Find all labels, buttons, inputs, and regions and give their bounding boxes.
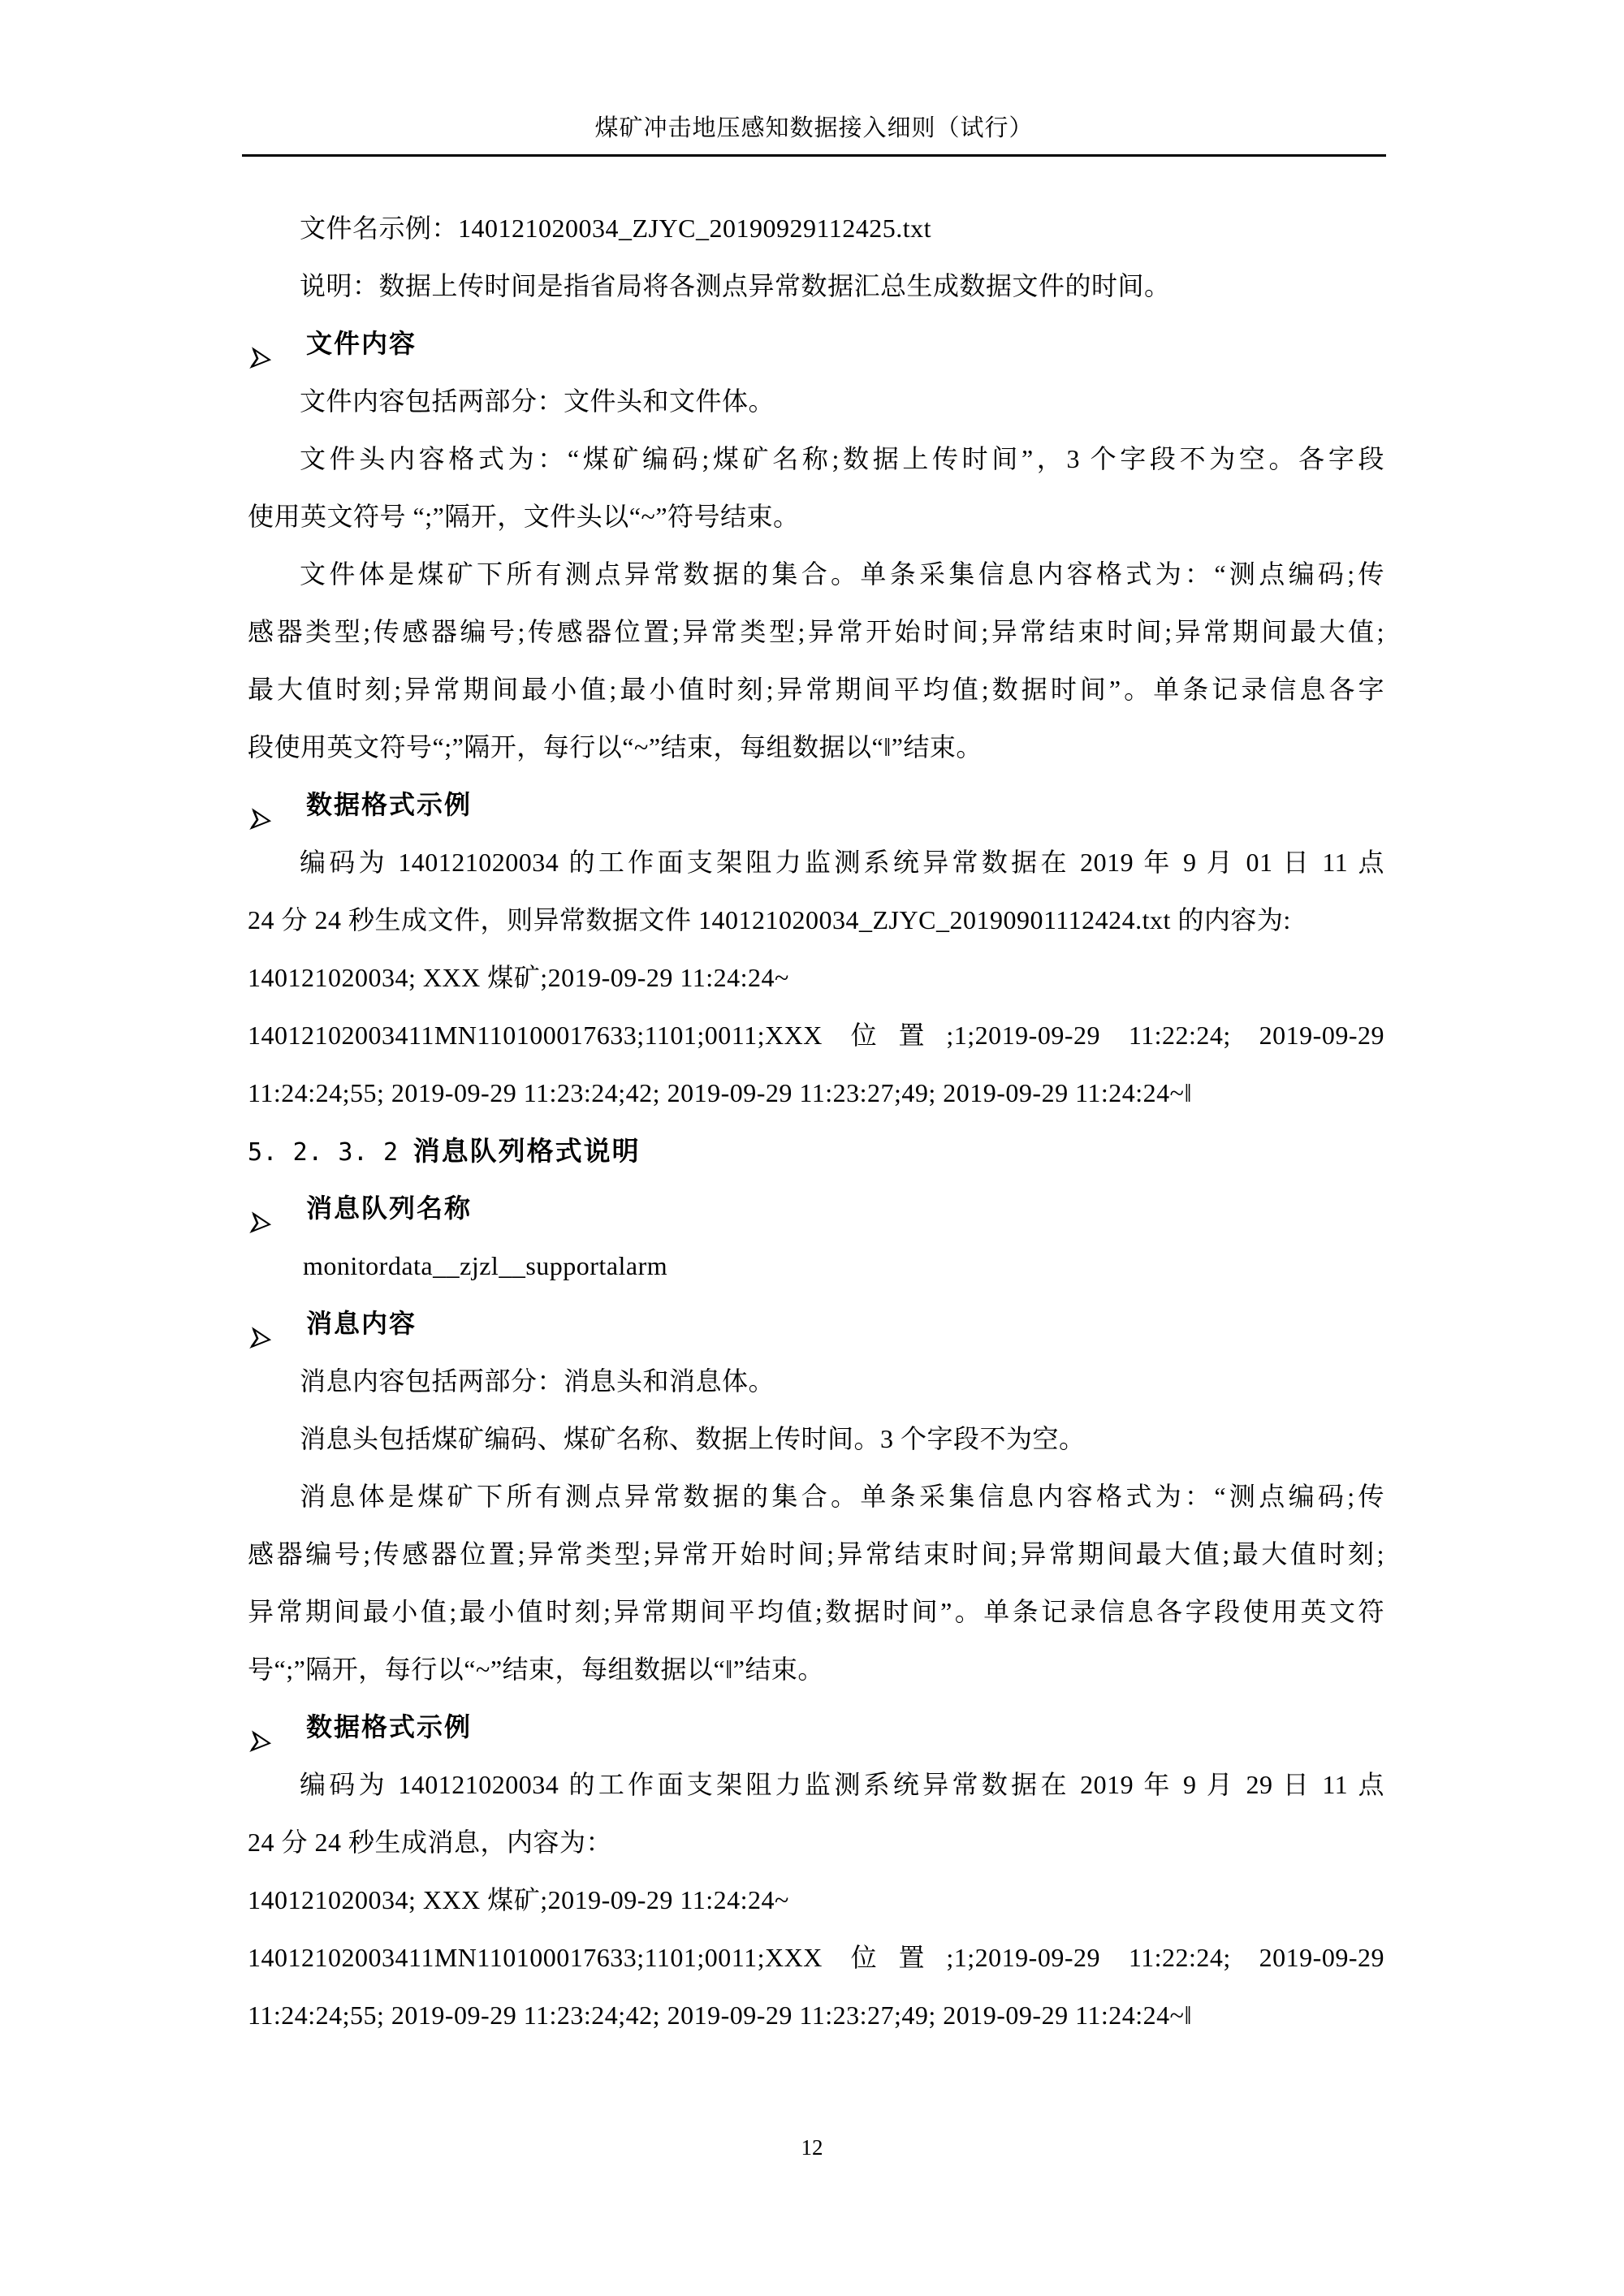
arrow-bullet-icon [249,1716,272,1739]
text-line: 文件头内容格式为：“煤矿编码;煤矿名称;数据上传时间”，3 个字段不为空。各字段 [248,430,1384,488]
arrow-bullet-icon [249,794,272,817]
page-number: 12 [0,2131,1624,2164]
text-line: 140121020034; XXX 煤矿;2019-09-29 11:24:24… [248,949,1384,1007]
bullet-heading: 消息队列名称 [248,1180,1384,1237]
text-line: 24 分 24 秒生成文件，则异常数据文件 140121020034_ZJYC_… [248,891,1384,949]
text-line: 说明：数据上传时间是指省局将各测点异常数据汇总生成数据文件的时间。 [248,257,1384,315]
text-line: 文件内容包括两部分：文件头和文件体。 [248,373,1384,430]
text-line: 最大值时刻;异常期间最小值;最小值时刻;异常期间平均值;数据时间”。单条记录信息… [248,661,1384,719]
text-line: 段使用英文符号“;”隔开，每行以“~”结束，每组数据以“‖”结束。 [248,719,1384,776]
text-line: 感器编号;传感器位置;异常类型;异常开始时间;异常结束时间;异常期间最大值;最大… [248,1526,1384,1583]
header-rule [242,154,1386,157]
heading-label: 数据格式示例 [306,790,472,819]
arrow-bullet-icon [249,333,272,356]
text-line: 14012102003411MN110100017633;1101;0011;X… [248,1929,1384,1987]
text-line: 11:24:24;55; 2019-09-29 11:23:24;42; 201… [248,1987,1384,2044]
text-line: 编码为 140121020034 的工作面支架阻力监测系统异常数据在 2019 … [248,1756,1384,1814]
text-line: 文件体是煤矿下所有测点异常数据的集合。单条采集信息内容格式为：“测点编码;传 [248,546,1384,603]
queue-name-line: monitordata__zjzl__supportalarm [248,1237,1384,1295]
section-title: 消息队列格式说明 [413,1136,641,1166]
text-line: 消息头包括煤矿编码、煤矿名称、数据上传时间。3 个字段不为空。 [248,1410,1384,1468]
arrow-bullet-icon [249,1198,272,1220]
section-number: 5. 2. 3. 2 [248,1138,399,1167]
text-line: 140121020034; XXX 煤矿;2019-09-29 11:24:24… [248,1871,1384,1929]
document-body: 文件名示例：140121020034_ZJYC_20190929112425.t… [248,200,1384,2044]
document-page: 煤矿冲击地压感知数据接入细则（试行） 文件名示例：140121020034_ZJ… [0,0,1624,2296]
text-line: 编码为 140121020034 的工作面支架阻力监测系统异常数据在 2019 … [248,834,1384,891]
section-heading: 5. 2. 3. 2消息队列格式说明 [248,1122,1384,1180]
text-line: 号“;”隔开，每行以“~”结束，每组数据以“‖”结束。 [248,1641,1384,1698]
text-line: 消息体是煤矿下所有测点异常数据的集合。单条采集信息内容格式为：“测点编码;传 [248,1468,1384,1526]
text-line: 感器类型;传感器编号;传感器位置;异常类型;异常开始时间;异常结束时间;异常期间… [248,603,1384,661]
text-line: 使用英文符号 “;”隔开，文件头以“~”符号结束。 [248,488,1384,546]
bullet-heading: 数据格式示例 [248,1698,1384,1756]
heading-label: 数据格式示例 [306,1712,472,1741]
bullet-heading: 文件内容 [248,315,1384,373]
text-line: 文件名示例：140121020034_ZJYC_20190929112425.t… [248,200,1384,257]
text-line: 24 分 24 秒生成消息，内容为： [248,1814,1384,1871]
heading-label: 文件内容 [306,329,417,358]
text-line: 消息内容包括两部分：消息头和消息体。 [248,1353,1384,1410]
arrow-bullet-icon [249,1313,272,1336]
bullet-heading: 消息内容 [248,1295,1384,1353]
text-line: 14012102003411MN110100017633;1101;0011;X… [248,1007,1384,1064]
text-line: 异常期间最小值;最小值时刻;异常期间平均值;数据时间”。单条记录信息各字段使用英… [248,1583,1384,1641]
bullet-heading: 数据格式示例 [248,776,1384,834]
heading-label: 消息队列名称 [306,1193,472,1223]
heading-label: 消息内容 [306,1309,417,1338]
text-line: 11:24:24;55; 2019-09-29 11:23:24;42; 201… [248,1064,1384,1122]
page-header-title: 煤矿冲击地压感知数据接入细则（试行） [242,106,1386,151]
